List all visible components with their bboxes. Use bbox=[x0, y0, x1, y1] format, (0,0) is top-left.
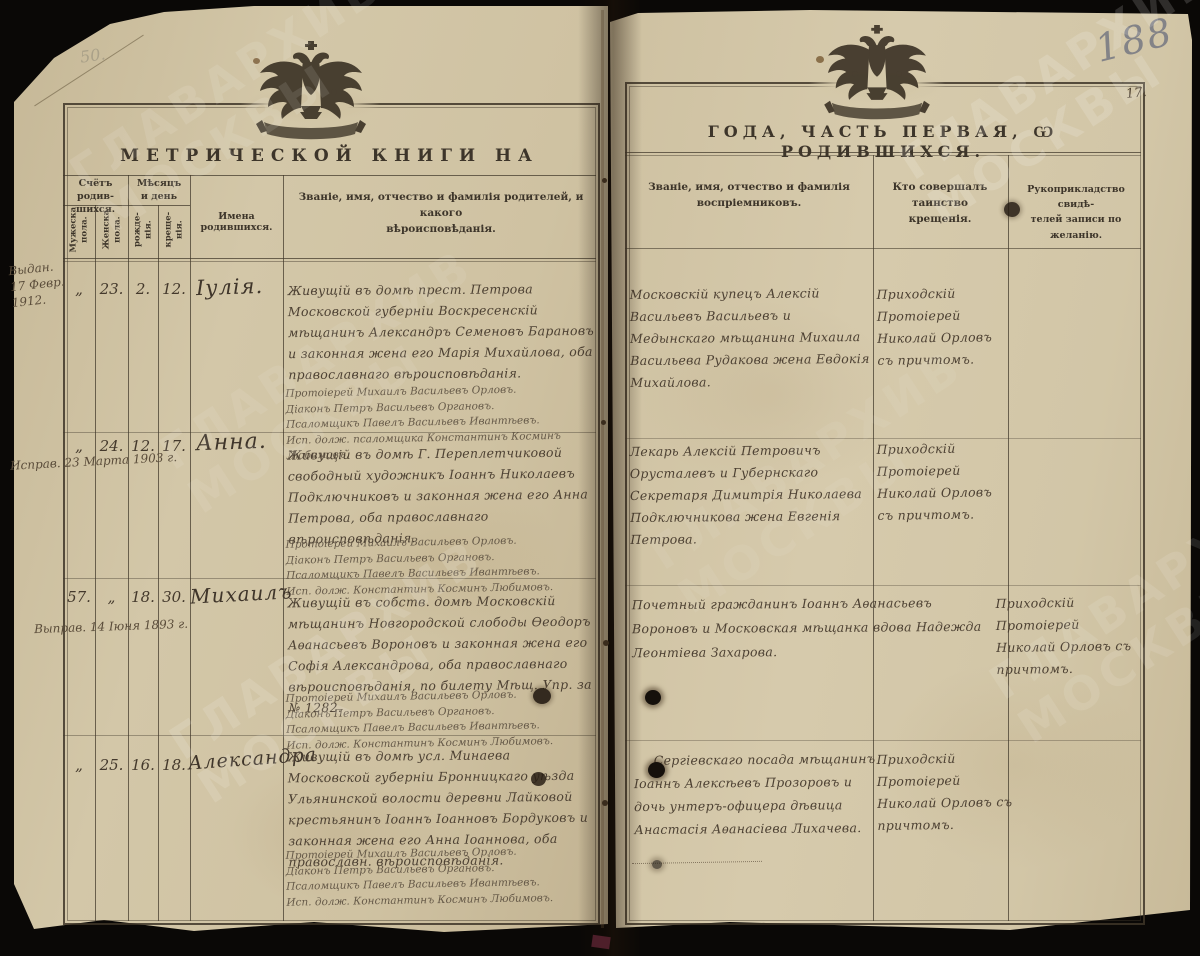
archival-scan-metrical-book: МЕТРИЧЕСКОЙ КНИГИ НА Счётъ родив- шихся.… bbox=[0, 0, 1200, 956]
faint-pencil-mark: 50. bbox=[79, 44, 107, 66]
ink-spot bbox=[816, 56, 824, 63]
col-header-priest: Кто совершалъ таинство крещенія. bbox=[876, 180, 1004, 227]
gutter-fold-line bbox=[601, 10, 604, 928]
cell-male-count: 57. bbox=[63, 588, 95, 606]
binding-hole bbox=[645, 690, 661, 705]
col-header-godparents: Званіе, имя, отчество и фамилія воспріем… bbox=[630, 180, 868, 212]
cell-godparents-text: Сергіевскаго посада мѣщанинъ Іоаннъ Алек… bbox=[634, 747, 880, 841]
corner-folio-mark: 17. bbox=[1125, 85, 1147, 102]
col-header-signatures: Рукоприкладство свидѣ- телей записи по ж… bbox=[1011, 182, 1141, 243]
cell-male-count: „ bbox=[63, 756, 95, 774]
cell-child-name: Іулія. bbox=[196, 274, 264, 300]
cell-parents-text: Живущій въ домѣ прест. Петрова Московско… bbox=[288, 278, 595, 385]
col-header-names: Имена родившихся. bbox=[190, 211, 283, 233]
stitch-hole bbox=[601, 420, 606, 425]
cell-godparents-text: Лекарь Алексій Петровичъ Орусталевъ и Гу… bbox=[630, 439, 871, 551]
col-header-baptized: креще- нія. bbox=[163, 202, 184, 258]
cell-clergy-signatures: Протоіерей Михаилъ Васильевъ Орловъ. Діа… bbox=[285, 843, 598, 910]
cell-priest-text: Приходскій Протоіерей Николай Орловъ съ … bbox=[876, 282, 1003, 372]
cell-baptized-day: 18. bbox=[158, 756, 190, 774]
cell-child-name: Анна. bbox=[196, 429, 268, 456]
binding-hole bbox=[648, 762, 665, 778]
cell-baptized-day: 30. bbox=[158, 588, 190, 606]
col-header-male: Мужеска пола. bbox=[68, 202, 89, 258]
ink-blot bbox=[531, 772, 546, 786]
cell-godparents-text: Почетный гражданинъ Іоаннъ Аѳанасьевъ Во… bbox=[632, 591, 988, 665]
cell-born-day: 16. bbox=[128, 756, 158, 774]
cell-born-day: 18. bbox=[128, 588, 158, 606]
row-separator bbox=[625, 585, 1141, 586]
cell-born-day: 2. bbox=[128, 280, 158, 298]
cell-priest-text: Приходскій Протоіерей Николай Орловъ съ … bbox=[876, 747, 1017, 837]
cell-godparents-text: Московскій купецъ Алексій Васильевъ Васи… bbox=[630, 282, 871, 394]
spine-threads bbox=[591, 935, 610, 949]
cell-baptized-day: 17. bbox=[158, 437, 190, 455]
table-line bbox=[63, 175, 596, 176]
table-line bbox=[625, 248, 1141, 249]
binding-hole bbox=[652, 860, 662, 869]
table-line bbox=[190, 175, 191, 921]
table-line bbox=[625, 152, 1141, 153]
imperial-eagle-emblem-left bbox=[252, 40, 370, 140]
cell-baptized-day: 12. bbox=[158, 280, 190, 298]
ink-blot bbox=[533, 688, 551, 704]
col-header-parents: Званіе, имя, отчество и фамилія родителе… bbox=[288, 190, 594, 237]
cell-born-day: 12. bbox=[128, 437, 158, 455]
cell-male-count: „ bbox=[63, 437, 95, 455]
col-header-born: рожде- нія. bbox=[132, 202, 153, 258]
stitch-hole bbox=[603, 640, 609, 646]
imperial-eagle-emblem-right bbox=[820, 24, 934, 120]
table-line bbox=[63, 261, 596, 262]
col-header-female: Женска пола. bbox=[101, 202, 122, 258]
cell-female-count: „ bbox=[95, 588, 128, 606]
cell-female-count: 25. bbox=[95, 756, 128, 774]
left-page-title: МЕТРИЧЕСКОЙ КНИГИ НА bbox=[63, 146, 596, 166]
gutter-shadow bbox=[578, 0, 642, 956]
cell-priest-text: Приходскій Протоіерей Николай Орловъ съ … bbox=[876, 437, 1007, 527]
table-line bbox=[63, 258, 596, 259]
table-line bbox=[95, 205, 96, 921]
stitch-hole bbox=[602, 800, 608, 806]
table-line bbox=[625, 155, 1141, 156]
cell-female-count: 23. bbox=[95, 280, 128, 298]
cell-male-count: „ bbox=[63, 280, 95, 298]
table-line bbox=[158, 205, 159, 921]
table-line bbox=[283, 175, 284, 921]
ink-blot bbox=[1004, 202, 1020, 217]
cell-priest-text: Приходскій Протоіерей Николай Орловъ съ … bbox=[995, 591, 1136, 681]
cell-female-count: 24. bbox=[95, 437, 128, 455]
ink-spot bbox=[253, 58, 260, 64]
row-separator bbox=[625, 740, 1141, 741]
col-header-month-group: Мѣсяцъ и день bbox=[128, 178, 190, 204]
stitch-hole bbox=[602, 178, 607, 183]
